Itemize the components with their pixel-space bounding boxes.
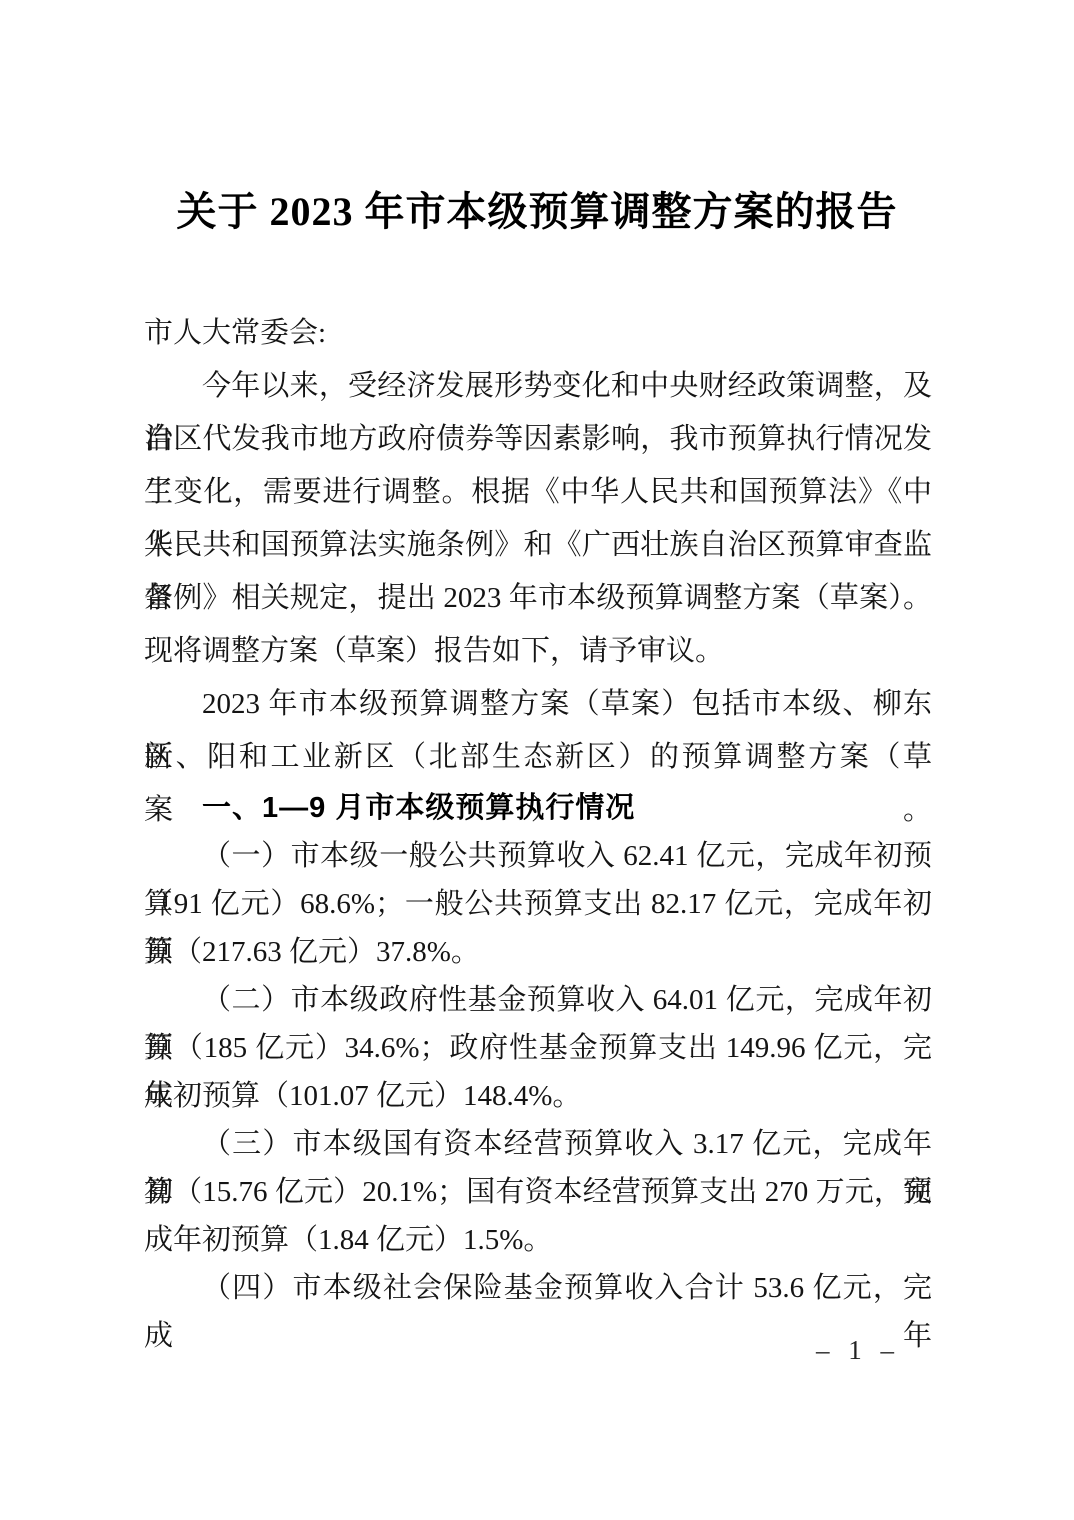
text-line: 条例》相关规定，提出 2023 年市本级预算调整方案（草案）。 (144, 572, 932, 625)
text-line: 算（217.63 亿元）37.8%。 (144, 928, 932, 976)
text-line: （四）市本级社会保险基金预算收入合计 53.6 亿元，完成年 (144, 1264, 932, 1312)
text-line: 算（15.76 亿元）20.1%；国有资本经营预算支出 270 万元，完 (144, 1168, 932, 1216)
text-line: 算（185 亿元）34.6%；政府性基金预算支出 149.96 亿元，完成 (144, 1024, 932, 1072)
text-line: 年初预算（101.07 亿元）148.4%。 (144, 1072, 932, 1120)
text-line: 现将调整方案（草案）报告如下，请予审议。 (144, 625, 932, 678)
text-line: （二）市本级政府性基金预算收入 64.01 亿元，完成年初预 (144, 976, 932, 1024)
text-line: （三）市本级国有资本经营预算收入 3.17 亿元，完成年初预 (144, 1120, 932, 1168)
salutation-line: 市人大常委会: (144, 307, 932, 360)
document-body: 市人大常委会: 今年以来，受经济发展形势变化和中央财经政策调整，及自 治区代发我… (144, 307, 932, 1312)
text-line: 今年以来，受经济发展形势变化和中央财经政策调整，及自 (144, 360, 932, 413)
page-number: – 1 – (816, 1334, 900, 1366)
document-title: 关于 2023 年市本级预算调整方案的报告 (0, 0, 1074, 236)
text-line: 成年初预算（1.84 亿元）1.5%。 (144, 1216, 932, 1264)
text-line: （91 亿元）68.6%；一般公共预算支出 82.17 亿元，完成年初预 (144, 880, 932, 928)
text-line: 了变化，需要进行调整。根据《中华人民共和国预算法》《中华 (144, 466, 932, 519)
text-line: 人民共和国预算法实施条例》和《广西壮族自治区预算审查监督 (144, 519, 932, 572)
text-line: 区、阳和工业新区（北部生态新区）的预算调整方案（草案）。 (144, 731, 932, 784)
document-page: 关于 2023 年市本级预算调整方案的报告 市人大常委会: 今年以来，受经济发展… (0, 0, 1074, 1520)
text-line: （一）市本级一般公共预算收入 62.41 亿元，完成年初预算 (144, 832, 932, 880)
text-line: 治区代发我市地方政府债券等因素影响，我市预算执行情况发生 (144, 413, 932, 466)
text-line: 2023 年市本级预算调整方案（草案）包括市本级、柳东新 (144, 678, 932, 731)
